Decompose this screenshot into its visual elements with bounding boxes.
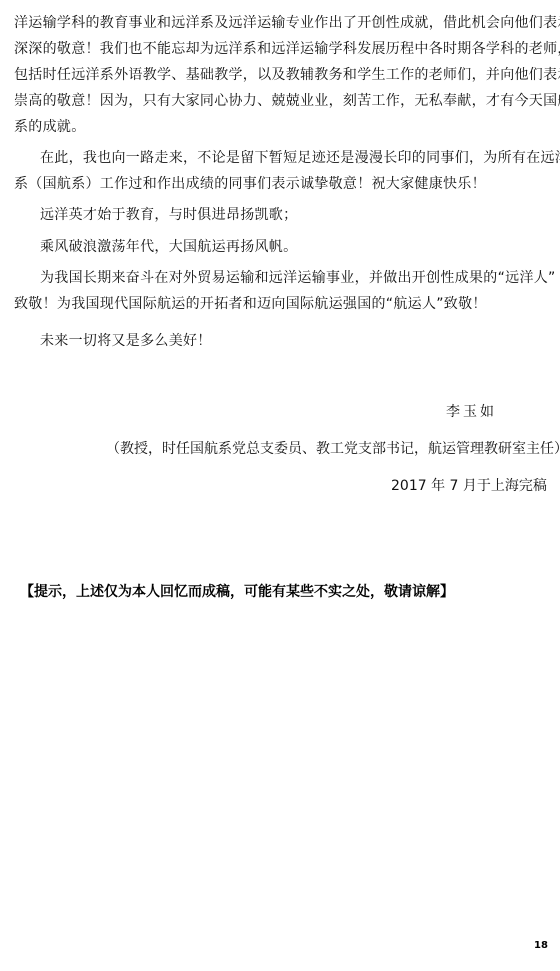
couplet-line-1: 远洋英才始于教育，与时俱进昂扬凯歌； [40, 205, 297, 225]
paragraph-1-line-5: 系的成就。 [14, 117, 86, 137]
paragraph-1-line-3: 包括时任远洋系外语教学、基础教学，以及教辅教务和学生工作的老师们，并向他们表示 [14, 65, 560, 85]
signature-title: （教授，时任国航系党总支委员、教工党支部书记，航运管理教研室主任） [106, 439, 560, 459]
paragraph-3-line-1: 为我国长期来奋斗在对外贸易运输和远洋运输事业，并做出开创性成果的“远洋人” [40, 268, 556, 288]
disclaimer-note: 【提示，上述仅为本人回忆而成稿，可能有某些不实之处，敬请谅解】 [20, 582, 454, 602]
paragraph-2-line-2: 系（国航系）工作过和作出成绩的同事们表示诚挚敬意！祝大家健康快乐！ [14, 174, 486, 194]
couplet-line-2: 乘风破浪激荡年代，大国航运再扬风帆。 [40, 237, 297, 257]
signature-date: 2017 年 7 月于上海完稿 [391, 476, 547, 496]
page-number: 18 [534, 939, 548, 953]
document-page: 洋运输学科的教育事业和远洋系及远洋运输专业作出了开创性成就，借此机会向他们表示 … [0, 0, 560, 971]
paragraph-1-line-4: 崇高的敬意！因为，只有大家同心协力、兢兢业业，刻苦工作，无私奉献，才有今天国航 [14, 91, 560, 111]
paragraph-1-line-1: 洋运输学科的教育事业和远洋系及远洋运输专业作出了开创性成就，借此机会向他们表示 [14, 13, 560, 33]
paragraph-3-line-2: 致敬！为我国现代国际航运的开拓者和迈向国际航运强国的“航运人”致敬！ [14, 294, 487, 314]
paragraph-2-line-1: 在此，我也向一路走来，不论是留下暂短足迹还是漫漫长印的同事们，为所有在远洋 [40, 148, 560, 168]
paragraph-1-line-2: 深深的敬意！我们也不能忘却为远洋系和远洋运输学科发展历程中各时期各学科的老师， [14, 39, 560, 59]
signature-name: 李玉如 [446, 402, 497, 422]
closing-line: 未来一切将又是多么美好！ [40, 331, 212, 351]
